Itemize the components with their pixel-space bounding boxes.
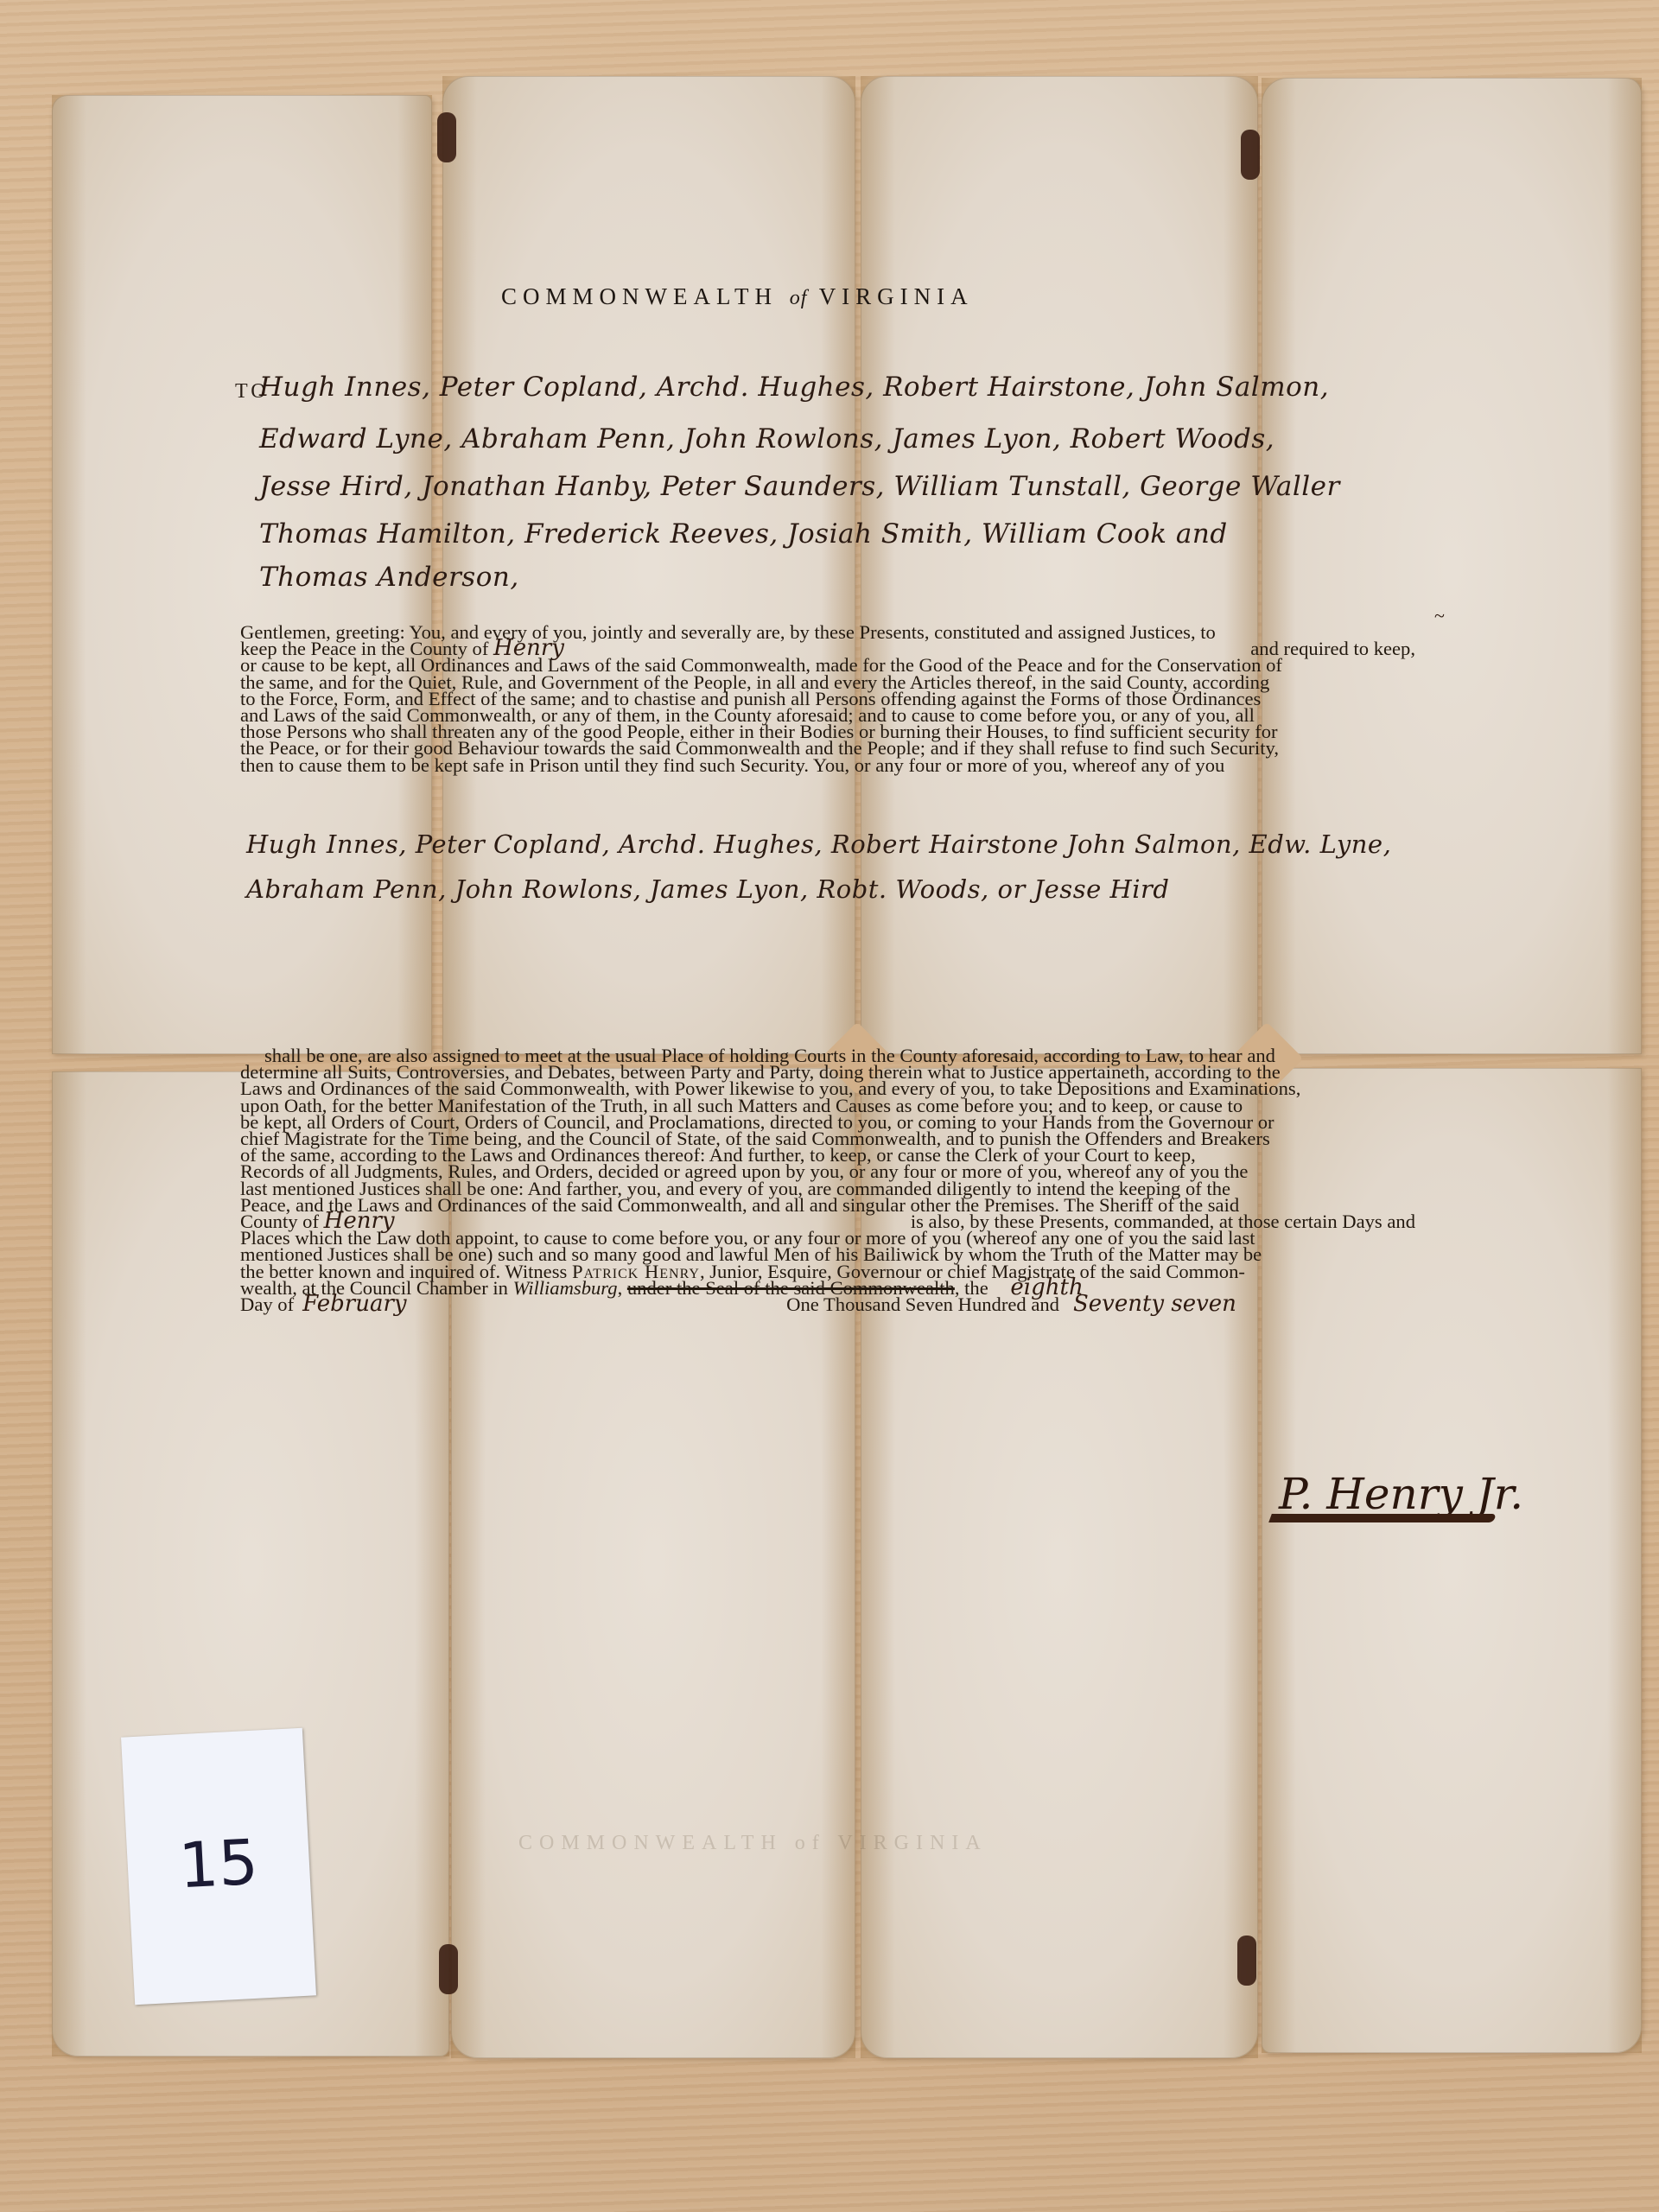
text-line: then to cause them to be kept safe in Pr… [240, 757, 1415, 773]
burn-mark [437, 112, 456, 162]
title-commonwealth: COMMONWEALTH [501, 283, 778, 309]
burn-mark [1237, 1935, 1256, 1986]
archive-label-number: 15 [126, 1823, 311, 1905]
burn-mark [439, 1944, 458, 1994]
addressee-line: Thomas Anderson, [259, 562, 519, 593]
quorum-line: Hugh Innes, Peter Copland, Archd. Hughes… [246, 829, 1391, 859]
archive-label-card: 15 [121, 1728, 316, 2005]
bleed-through-text: COMMONWEALTH of VIRGINIA [518, 1832, 988, 1855]
text-line: Day of February One Thousand Seven Hundr… [240, 1296, 1415, 1313]
burn-mark [1241, 130, 1260, 180]
document-title: COMMONWEALTH of VIRGINIA [501, 283, 974, 310]
quorum-line: Abraham Penn, John Rowlons, James Lyon, … [246, 874, 1169, 904]
addressee-line: Hugh Innes, Peter Copland, Archd. Hughes… [259, 372, 1329, 403]
month-filled-in: February [302, 1296, 786, 1313]
paragraph-commission: Gentlemen, greeting: You, and every of y… [240, 624, 1415, 773]
paper-panel-top-center-right [861, 76, 1258, 1054]
title-of: of [790, 287, 808, 309]
text-segment: One Thousand Seven Hundred and [786, 1296, 1059, 1313]
addressee-line: Jesse Hird, Jonathan Hanby, Peter Saunde… [259, 471, 1340, 502]
paragraph-duties: shall be one, are also assigned to meet … [240, 1047, 1415, 1313]
text-segment: Day of [240, 1296, 294, 1313]
year-filled-in: Seventy seven [1073, 1296, 1236, 1313]
addressee-line: Thomas Hamilton, Frederick Reeves, Josia… [259, 518, 1228, 550]
governor-signature: P. Henry Jr. [1279, 1469, 1523, 1519]
paper-panel-top-right [1262, 78, 1642, 1054]
title-state: VIRGINIA [819, 283, 974, 309]
addressee-line: Edward Lyne, Abraham Penn, John Rowlons,… [259, 423, 1274, 454]
ink-mark: ~ [1434, 605, 1445, 627]
signature-flourish [1268, 1514, 1497, 1522]
